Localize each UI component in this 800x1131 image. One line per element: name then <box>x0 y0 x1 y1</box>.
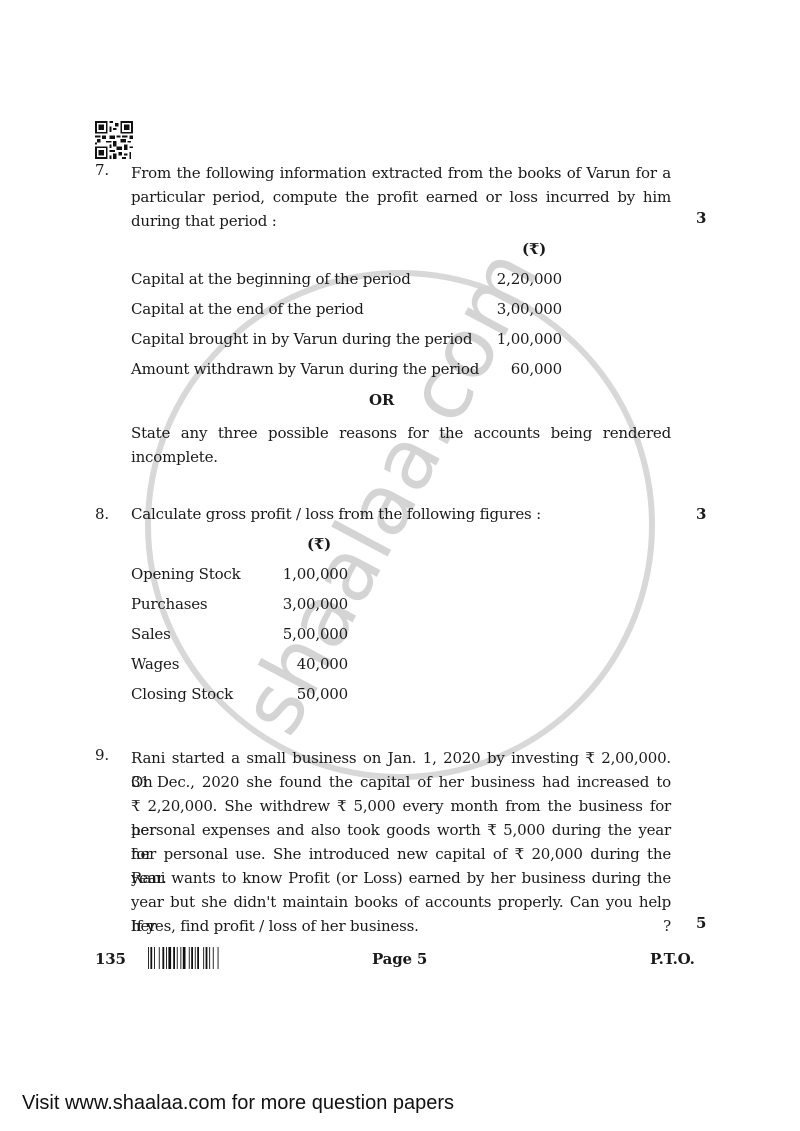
question-7-currency-header: (₹) <box>522 240 546 258</box>
table-row-label: Sales <box>131 625 171 643</box>
table-row-value: 60,000 <box>470 360 562 378</box>
table-row-value: 40,000 <box>258 655 348 673</box>
question-9-line: Rani wants to know Profit (or Loss) earn… <box>131 866 671 890</box>
table-row-value: 1,00,000 <box>258 565 348 583</box>
table-row-value: 2,20,000 <box>470 270 562 288</box>
exam-page: shaalaa.com 7. From the following inform… <box>0 0 800 1131</box>
table-row-label: Capital brought in by Varun during the p… <box>131 330 472 348</box>
table-row-value: 5,00,000 <box>258 625 348 643</box>
table-row-label: Capital at the end of the period <box>131 300 364 318</box>
table-row-label: Closing Stock <box>131 685 233 703</box>
table-row-value: 3,00,000 <box>470 300 562 318</box>
question-7-alternative-text: State any three possible reasons for the… <box>131 421 671 469</box>
question-9-line: If yes, find profit / loss of her busine… <box>131 914 671 938</box>
question-8-number: 8. <box>95 505 109 523</box>
table-row-label: Amount withdrawn by Varun during the per… <box>131 360 479 378</box>
table-row-label: Opening Stock <box>131 565 241 583</box>
table-row-label: Capital at the beginning of the period <box>131 270 411 288</box>
question-8-text: Calculate gross profit / loss from the f… <box>131 505 541 523</box>
table-row-value: 3,00,000 <box>258 595 348 613</box>
pto-label: P.T.O. <box>650 950 695 968</box>
question-8-currency-header: (₹) <box>307 535 331 553</box>
question-7-text: From the following information extracted… <box>131 161 671 233</box>
question-9-marks: 5 <box>696 914 706 932</box>
question-7-marks: 3 <box>696 209 706 227</box>
question-7-number: 7. <box>95 161 109 179</box>
table-row-label: Wages <box>131 655 179 673</box>
table-row-label: Purchases <box>131 595 207 613</box>
barcode-icon <box>148 947 243 969</box>
or-separator: OR <box>369 391 394 409</box>
question-8-marks: 3 <box>696 505 706 523</box>
table-row-value: 50,000 <box>258 685 348 703</box>
question-9-line: 31 Dec., 2020 she found the capital of h… <box>131 770 671 794</box>
site-banner: Visit www.shaalaa.com for more question … <box>22 1092 454 1115</box>
question-9-number: 9. <box>95 746 109 764</box>
qr-code-icon <box>94 121 134 159</box>
page-number: Page 5 <box>372 950 427 968</box>
table-row-value: 1,00,000 <box>470 330 562 348</box>
paper-code: 135 <box>95 950 126 968</box>
